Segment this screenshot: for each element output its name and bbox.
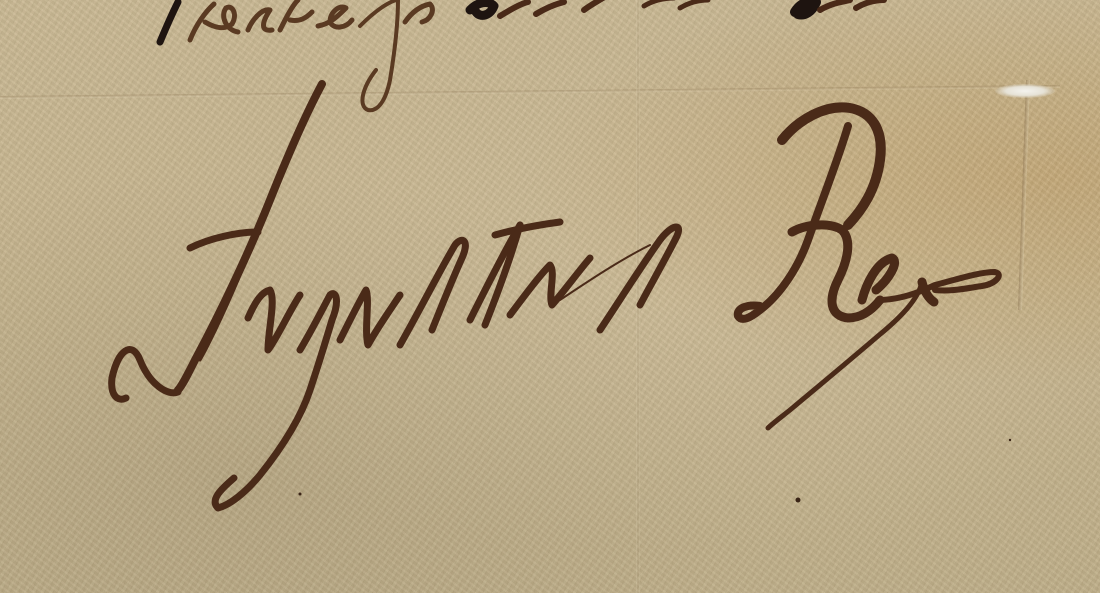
aged-paper-document: Augustus Rex Rastejo ... (partially cut … xyxy=(0,0,1100,593)
ink-specks xyxy=(299,439,1012,503)
top-line-handwriting xyxy=(160,0,884,110)
handwriting-ink xyxy=(0,0,1100,593)
signature-augustus xyxy=(112,84,679,508)
signature-rex xyxy=(738,107,999,428)
